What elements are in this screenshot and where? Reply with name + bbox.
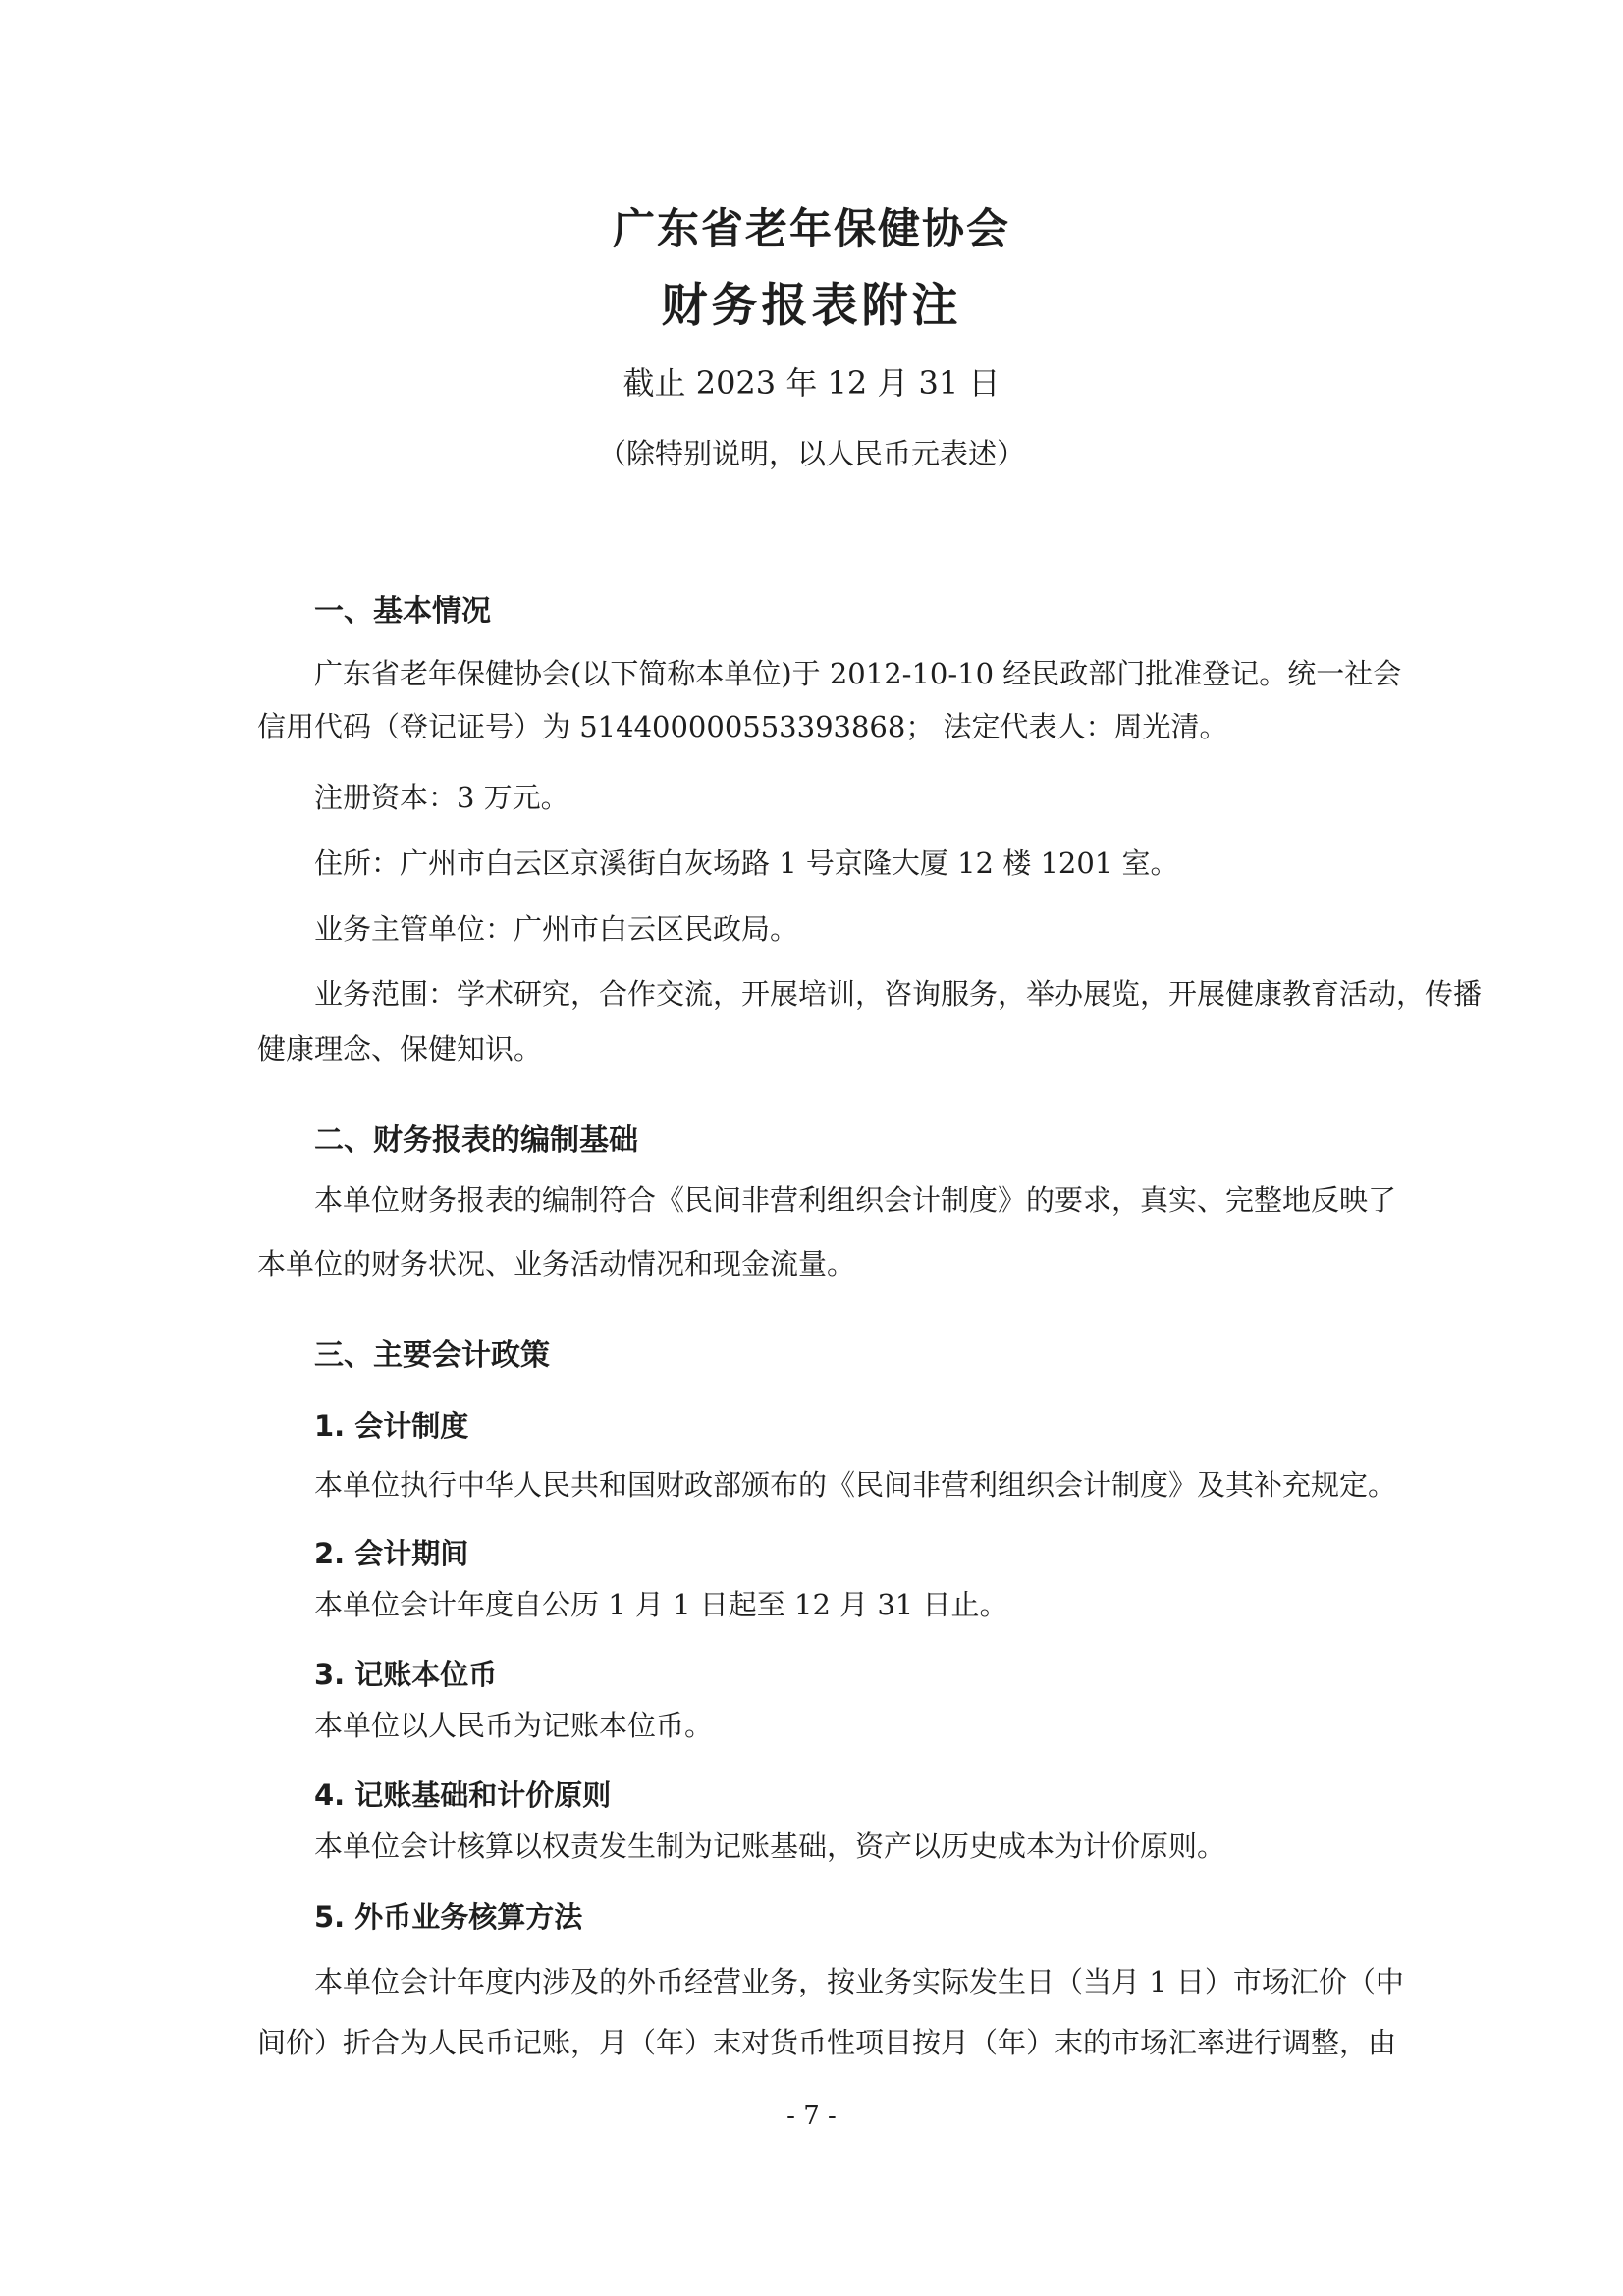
policy-text-functional-currency: 本单位以人民币为记账本位币。 — [314, 1704, 713, 1744]
section-heading-basic-info: 一、基本情况 — [314, 586, 491, 629]
supervising-unit: 业务主管单位：广州市白云区民政局。 — [314, 907, 798, 948]
policy-text-foreign-currency-line-2: 间价）折合为人民币记账，月（年）末对货币性项目按月（年）末的市场汇率进行调整，由 — [257, 2021, 1392, 2061]
basic-info-line-1: 广东省老年保健协会(以下简称本单位)于 2012-10-10 经民政部门批准登记… — [257, 652, 1392, 692]
currency-note: （除特别说明，以人民币元表述） — [0, 432, 1623, 472]
report-date: 截止 2023 年 12 月 31 日 — [0, 358, 1623, 404]
basic-info-line-2: 信用代码（登记证号）为 514400000553393868； 法定代表人：周光… — [257, 705, 1228, 745]
document-title: 财务报表附注 — [0, 269, 1623, 335]
address: 住所：广州市白云区京溪街白灰场路 1 号京隆大厦 12 楼 1201 室。 — [314, 842, 1178, 882]
page-number: - 7 - — [0, 2102, 1623, 2131]
registered-capital: 注册资本：3 万元。 — [314, 776, 569, 816]
preparation-basis-line-1: 本单位财务报表的编制符合《民间非营利组织会计制度》的要求，真实、完整地反映了 — [314, 1178, 1392, 1219]
business-scope-line-2: 健康理念、保健知识。 — [257, 1027, 542, 1067]
policy-text-accounting-period: 本单位会计年度自公历 1 月 1 日起至 12 月 31 日止。 — [314, 1583, 1007, 1623]
preparation-basis-line-2: 本单位的财务状况、业务活动情况和现金流量。 — [257, 1242, 855, 1283]
policy-title-accounting-period: 2. 会计期间 — [314, 1532, 468, 1572]
section-heading-preparation-basis: 二、财务报表的编制基础 — [314, 1116, 638, 1159]
policy-title-accounting-system: 1. 会计制度 — [314, 1404, 468, 1445]
policy-text-accounting-system: 本单位执行中华人民共和国财政部颁布的《民间非营利组织会计制度》及其补充规定。 — [314, 1463, 1396, 1503]
document-page: 广东省老年保健协会 财务报表附注 截止 2023 年 12 月 31 日 （除特… — [0, 0, 1623, 2296]
policy-text-foreign-currency-line-1: 本单位会计年度内涉及的外币经营业务，按业务实际发生日（当月 1 日）市场汇价（中 — [314, 1960, 1392, 2000]
policy-title-accounting-basis: 4. 记账基础和计价原则 — [314, 1774, 611, 1814]
business-scope-line-1: 业务范围：学术研究，合作交流，开展培训，咨询服务，举办展览，开展健康教育活动，传… — [314, 972, 1392, 1012]
policy-title-functional-currency: 3. 记账本位币 — [314, 1653, 497, 1693]
section-heading-accounting-policies: 三、主要会计政策 — [314, 1331, 550, 1374]
policy-text-accounting-basis: 本单位会计核算以权责发生制为记账基础，资产以历史成本为计价原则。 — [314, 1825, 1225, 1865]
org-name-title: 广东省老年保健协会 — [0, 196, 1623, 256]
policy-title-foreign-currency: 5. 外币业务核算方法 — [314, 1895, 582, 1936]
